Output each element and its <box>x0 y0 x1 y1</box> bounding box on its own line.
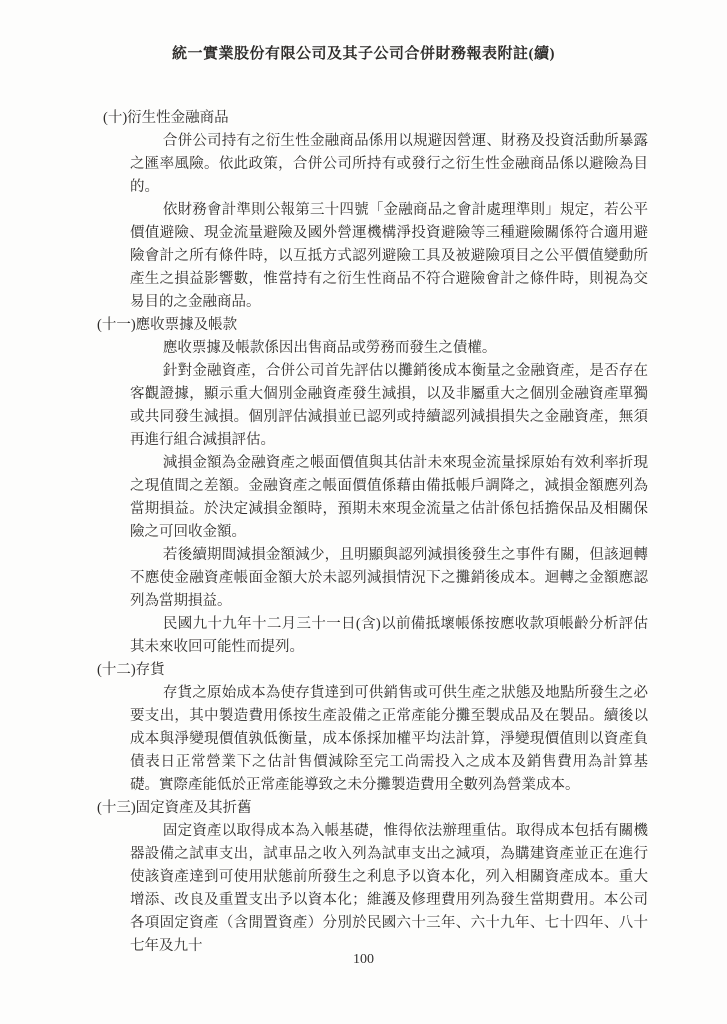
paragraph: 存貨之原始成本為使存貨達到可供銷售或可供生產之狀態及地點所發生之必要支出，其中製… <box>130 682 648 797</box>
section-heading: (十)衍生性金融商品 <box>103 107 663 130</box>
paragraph: 若後續期間減損金額減少，且明顯與認列減損後發生之事件有關，但該迴轉不應使金融資產… <box>130 544 648 613</box>
paragraph: 應收票據及帳款係因出售商品或勞務而發生之債權。 <box>130 337 648 360</box>
section-heading: (十一)應收票據及帳款 <box>97 314 657 337</box>
paragraph: 依財務會計準則公報第三十四號「金融商品之會計處理準則」規定，若公平價值避險、現金… <box>130 199 648 314</box>
paragraph: 針對金融資產，合併公司首先評估以攤銷後成本衡量之金融資產，是否存在客觀證據，顯示… <box>130 360 648 452</box>
document-page: 統一實業股份有限公司及其子公司合併財務報表附註(續) (十)衍生性金融商品 合併… <box>0 0 727 1024</box>
section-heading: (十二)存貨 <box>97 659 657 682</box>
paragraph: 減損金額為金融資產之帳面價值與其估計未來現金流量採原始有效利率折現之現值間之差額… <box>130 452 648 544</box>
section-inventory: (十二)存貨 存貨之原始成本為使存貨達到可供銷售或可供生產之狀態及地點所發生之必… <box>0 659 727 797</box>
section-fixed-assets: (十三)固定資產及其折舊 固定資產以取得成本為入帳基礎，惟得依法辦理重估。取得成… <box>0 797 727 958</box>
section-derivatives: (十)衍生性金融商品 合併公司持有之衍生性金融商品係用以規避因營運、財務及投資活… <box>0 107 727 314</box>
paragraph: 民國九十九年十二月三十一日(含)以前備抵壞帳係按應收款項帳齡分析評估其未來收回可… <box>130 613 648 659</box>
section-receivables: (十一)應收票據及帳款 應收票據及帳款係因出售商品或勞務而發生之債權。 針對金融… <box>0 314 727 659</box>
section-heading: (十三)固定資產及其折舊 <box>97 797 657 820</box>
page-number: 100 <box>0 952 727 968</box>
paragraph: 合併公司持有之衍生性金融商品係用以規避因營運、財務及投資活動所暴露之匯率風險。依… <box>130 130 648 199</box>
document-body: (十)衍生性金融商品 合併公司持有之衍生性金融商品係用以規避因營運、財務及投資活… <box>0 107 727 958</box>
paragraph: 固定資產以取得成本為入帳基礎，惟得依法辦理重估。取得成本包括有關機器設備之試車支… <box>130 820 648 958</box>
page-title: 統一實業股份有限公司及其子公司合併財務報表附註(續) <box>0 0 727 64</box>
